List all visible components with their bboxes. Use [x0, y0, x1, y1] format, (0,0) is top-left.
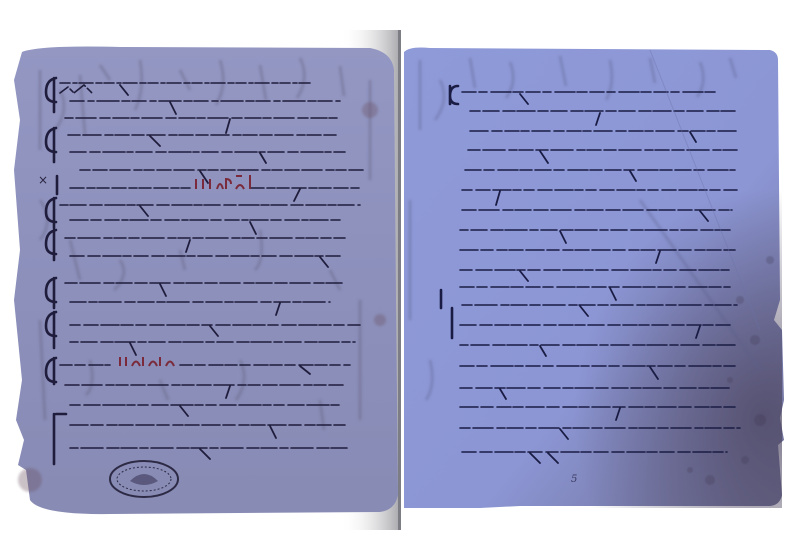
right-leaf: 5 — [404, 48, 784, 509]
manuscript-photo: × — [0, 0, 800, 560]
manuscript-spread: × — [0, 0, 800, 560]
svg-text:×: × — [38, 173, 48, 187]
left-leaf: × — [14, 47, 398, 515]
page-number: 5 — [571, 474, 577, 485]
